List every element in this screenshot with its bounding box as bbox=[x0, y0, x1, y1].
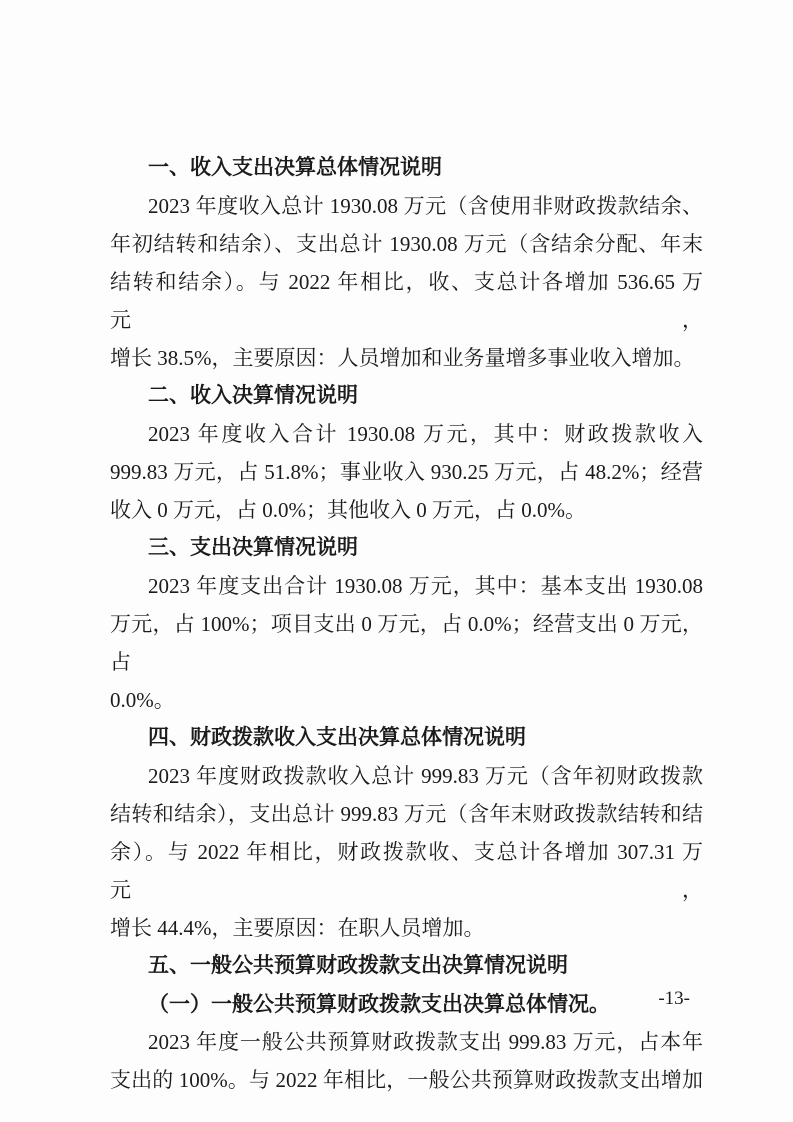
section-heading: 一、收入支出决算总体情况说明 bbox=[110, 149, 703, 187]
section-heading: 二、收入决算情况说明 bbox=[110, 377, 703, 415]
body-text-line: 0.0%。 bbox=[110, 681, 703, 719]
section-heading: 三、支出决算情况说明 bbox=[110, 529, 703, 567]
body-text-line: 2023 年度收入总计 1930.08 万元（含使用非财政拨款结余、 bbox=[110, 187, 703, 225]
body-text-line: 收入 0 万元，占 0.0%；其他收入 0 万元，占 0.0%。 bbox=[110, 491, 703, 529]
section-heading: 四、财政拨款收入支出决算总体情况说明 bbox=[110, 719, 703, 757]
section-heading: 五、一般公共预算财政拨款支出决算情况说明 bbox=[110, 947, 703, 985]
page-number: -13- bbox=[110, 984, 703, 1014]
body-text-line: 结转和结余），支出总计 999.83 万元（含年末财政拨款结转和结 bbox=[110, 795, 703, 833]
body-text-line: 万元，占 100%；项目支出 0 万元，占 0.0%；经营支出 0 万元，占 bbox=[110, 605, 703, 681]
document-page: 一、收入支出决算总体情况说明 2023 年度收入总计 1930.08 万元（含使… bbox=[0, 0, 793, 1122]
body-text-line: 余）。与 2022 年相比，财政拨款收、支总计各增加 307.31 万元， bbox=[110, 833, 703, 909]
body-text-line: 2023 年度收入合计 1930.08 万元，其中：财政拨款收入 bbox=[110, 415, 703, 453]
body-text-line: 2023 年度财政拨款收入总计 999.83 万元（含年初财政拨款 bbox=[110, 757, 703, 795]
body-text-line: 2023 年度一般公共预算财政拨款支出 999.83 万元，占本年 bbox=[110, 1023, 703, 1061]
document-body: 一、收入支出决算总体情况说明 2023 年度收入总计 1930.08 万元（含使… bbox=[110, 149, 703, 1099]
body-text-line: 结转和结余）。与 2022 年相比，收、支总计各增加 536.65 万元， bbox=[110, 263, 703, 339]
body-text-line: 增长 44.4%，主要原因：在职人员增加。 bbox=[110, 909, 703, 947]
body-text-line: 增长 38.5%，主要原因：人员增加和业务量增多事业收入增加。 bbox=[110, 339, 703, 377]
body-text-line: 999.83 万元，占 51.8%；事业收入 930.25 万元，占 48.2%… bbox=[110, 453, 703, 491]
body-text-line: 年初结转和结余）、支出总计 1930.08 万元（含结余分配、年末 bbox=[110, 225, 703, 263]
body-text-line: 2023 年度支出合计 1930.08 万元，其中：基本支出 1930.08 bbox=[110, 567, 703, 605]
body-text-line: 支出的 100%。与 2022 年相比，一般公共预算财政拨款支出增加 bbox=[110, 1061, 703, 1099]
